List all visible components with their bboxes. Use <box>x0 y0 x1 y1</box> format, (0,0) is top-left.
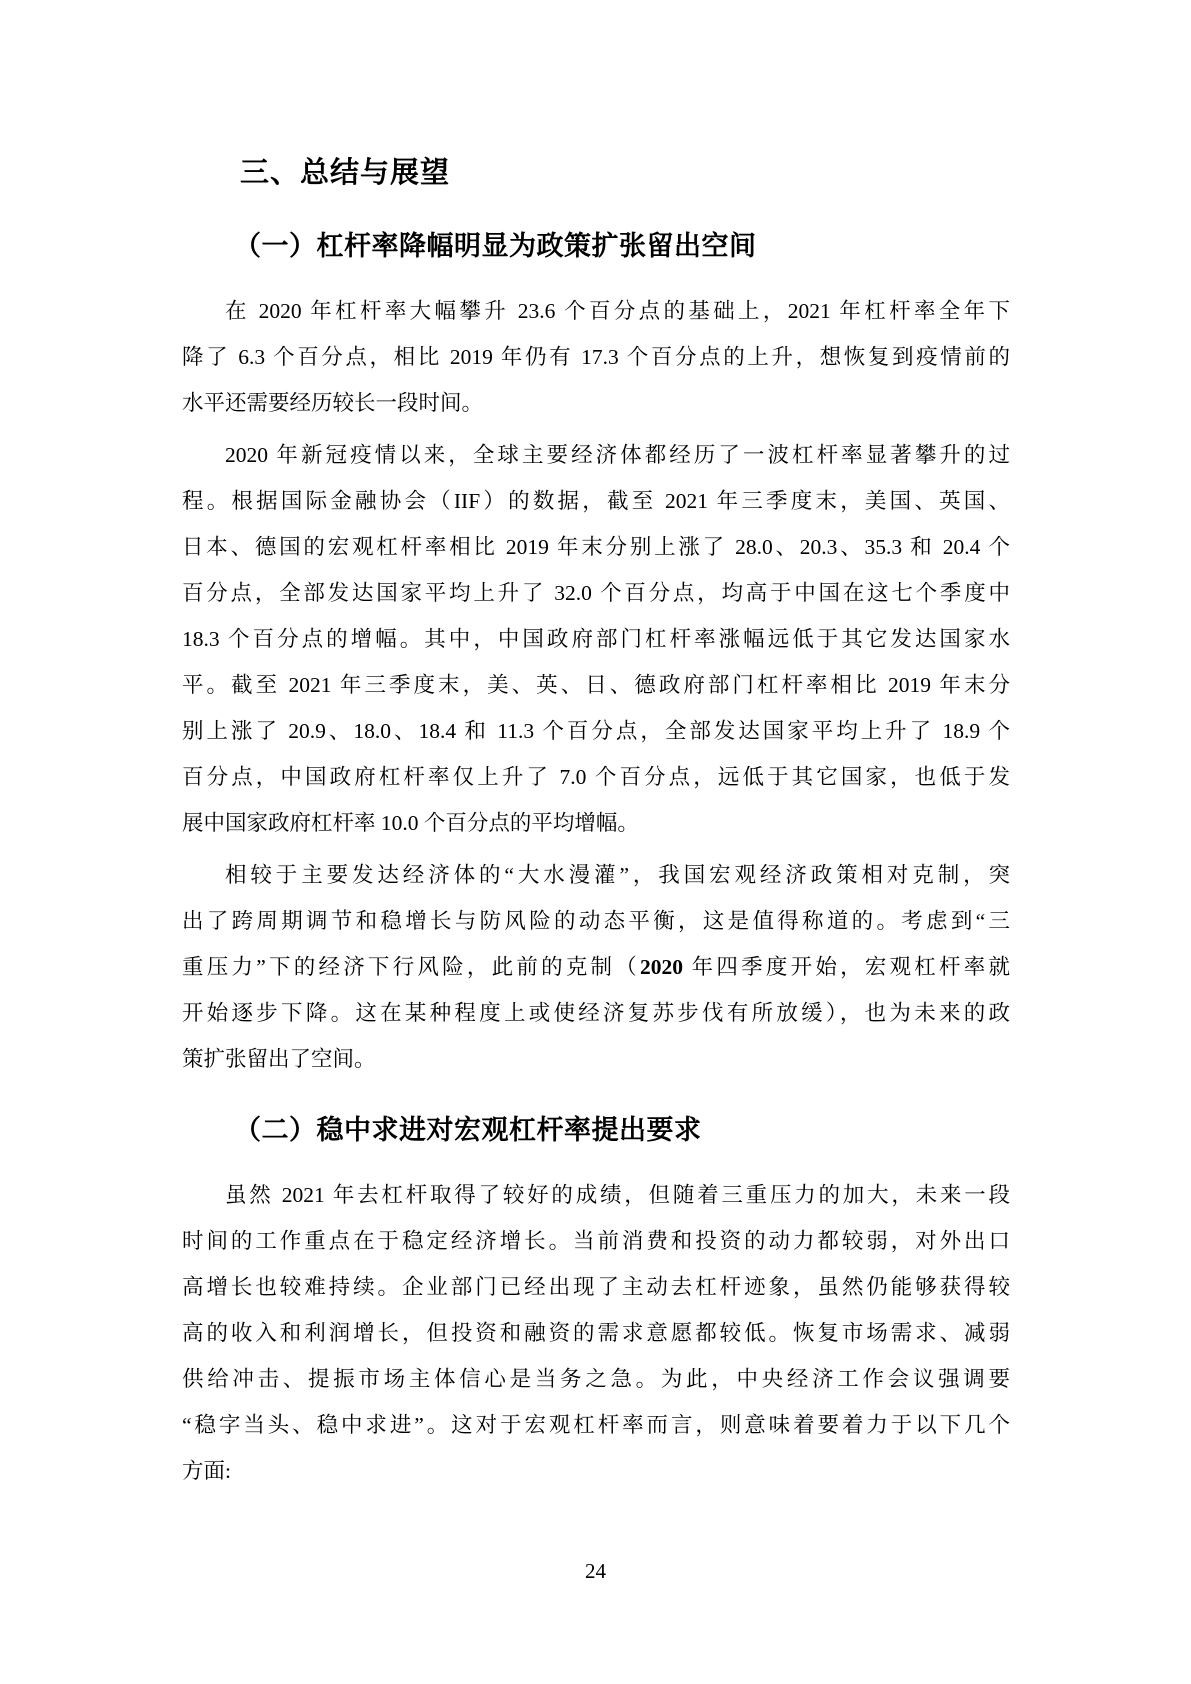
document-body: 三、总结与展望 （一）杠杆率降幅明显为政策扩张留出空间 在 2020 年杠杆率大… <box>182 152 1010 1494</box>
document-page: 三、总结与展望 （一）杠杆率降幅明显为政策扩张留出空间 在 2020 年杠杆率大… <box>0 0 1191 1684</box>
text-line: 策扩张留出了空间。 <box>182 1036 1010 1082</box>
text-line: 高增长也较难持续。企业部门已经出现了主动去杠杆迹象，虽然仍能够获得较 <box>182 1264 1010 1310</box>
text-line: 百分点，中国政府杠杆率仅上升了 7.0 个百分点，远低于其它国家，也低于发 <box>182 754 1010 800</box>
text-line: 重压力”下的经济下行风险，此前的克制（2020 年四季度开始，宏观杠杆率就 <box>182 944 1010 990</box>
paragraph-3: 相较于主要发达经济体的“大水漫灌”，我国宏观经济政策相对克制，突出了跨周期调节和… <box>182 852 1010 1082</box>
section-title: 三、总结与展望 <box>182 152 1010 194</box>
text-line: 降了 6.3 个百分点，相比 2019 年仍有 17.3 个百分点的上升，想恢复… <box>182 334 1010 380</box>
text-line: 供给冲击、提振市场主体信心是当务之急。为此，中央经济工作会议强调要 <box>182 1356 1010 1402</box>
text-line: “稳字当头、稳中求进”。这对于宏观杠杆率而言，则意味着要着力于以下几个 <box>182 1402 1010 1448</box>
text-line: 方面: <box>182 1448 1010 1494</box>
text-line: 虽然 2021 年去杠杆取得了较好的成绩，但随着三重压力的加大，未来一段 <box>182 1172 1010 1218</box>
text-line: 相较于主要发达经济体的“大水漫灌”，我国宏观经济政策相对克制，突 <box>182 852 1010 898</box>
text-line: 百分点，全部发达国家平均上升了 32.0 个百分点，均高于中国在这七个季度中 <box>182 570 1010 616</box>
text-line: 高的收入和利润增长，但投资和融资的需求意愿都较低。恢复市场需求、减弱 <box>182 1310 1010 1356</box>
text-line: 在 2020 年杠杆率大幅攀升 23.6 个百分点的基础上，2021 年杠杆率全… <box>182 288 1010 334</box>
page-number: 24 <box>585 1559 606 1583</box>
text-line: 2020 年新冠疫情以来，全球主要经济体都经历了一波杠杆率显著攀升的过 <box>182 432 1010 478</box>
subsection-heading-2: （二）稳中求进对宏观杠杆率提出要求 <box>182 1110 1010 1150</box>
text-line: 展中国家政府杠杆率 10.0 个百分点的平均增幅。 <box>182 800 1010 846</box>
page-footer: 24 <box>0 1556 1191 1586</box>
text-line: 别上涨了 20.9、18.0、18.4 和 11.3 个百分点，全部发达国家平均… <box>182 708 1010 754</box>
text-line: 水平还需要经历较长一段时间。 <box>182 380 1010 426</box>
paragraph-4: 虽然 2021 年去杠杆取得了较好的成绩，但随着三重压力的加大，未来一段时间的工… <box>182 1172 1010 1494</box>
text-line: 18.3 个百分点的增幅。其中，中国政府部门杠杆率涨幅远低于其它发达国家水 <box>182 616 1010 662</box>
subsection-heading-1: （一）杠杆率降幅明显为政策扩张留出空间 <box>182 226 1010 266</box>
text-line: 平。截至 2021 年三季度末，美、英、日、德政府部门杠杆率相比 2019 年末… <box>182 662 1010 708</box>
text-line: 程。根据国际金融协会（IIF）的数据，截至 2021 年三季度末，美国、英国、 <box>182 478 1010 524</box>
text-line: 日本、德国的宏观杠杆率相比 2019 年末分别上涨了 28.0、20.3、35.… <box>182 524 1010 570</box>
text-line: 开始逐步下降。这在某种程度上或使经济复苏步伐有所放缓），也为未来的政 <box>182 990 1010 1036</box>
paragraph-2: 2020 年新冠疫情以来，全球主要经济体都经历了一波杠杆率显著攀升的过程。根据国… <box>182 432 1010 846</box>
text-line: 出了跨周期调节和稳增长与防风险的动态平衡，这是值得称道的。考虑到“三 <box>182 898 1010 944</box>
paragraph-1: 在 2020 年杠杆率大幅攀升 23.6 个百分点的基础上，2021 年杠杆率全… <box>182 288 1010 426</box>
text-line: 时间的工作重点在于稳定经济增长。当前消费和投资的动力都较弱，对外出口 <box>182 1218 1010 1264</box>
